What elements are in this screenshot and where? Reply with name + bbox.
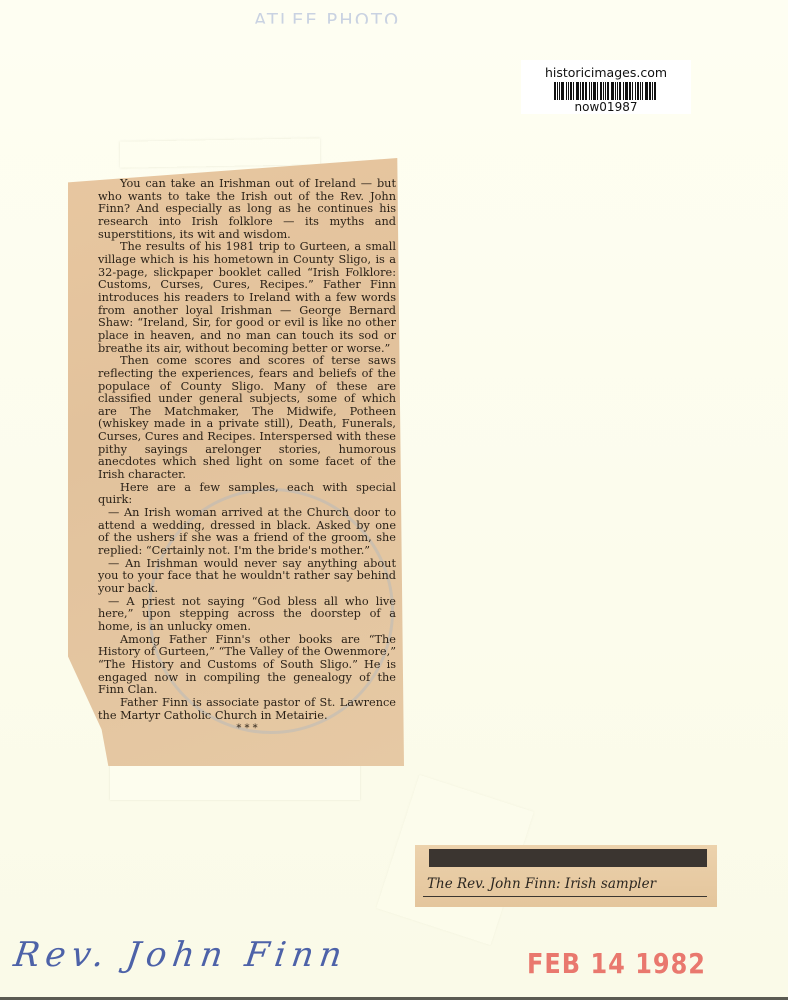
caption-rule [423, 896, 707, 897]
clipping-paragraph: Among Father Finn's other books are “The… [98, 634, 396, 697]
caption-bar [429, 849, 707, 867]
clipping-paragraph: Father Finn is associate pastor of St. L… [98, 697, 396, 722]
newspaper-clipping: You can take an Irishman out of Ireland … [68, 158, 404, 766]
date-stamp: FEB 14 1982 [527, 948, 706, 980]
tape-strip [110, 760, 360, 800]
inventory-label: historicimages.com now01987 [521, 60, 691, 114]
barcode-icon [546, 82, 666, 100]
clipping-paragraph: The results of his 1981 trip to Gurteen,… [98, 241, 396, 355]
clipping-paragraph: Then come scores and scores of terse saw… [98, 355, 396, 482]
caption-title: The Rev. John Finn: Irish sampler [427, 876, 656, 892]
photo-back-page: ATLEE PHOTO historicimages.com now01987 … [0, 0, 788, 1000]
handwritten-name: Rev. John Finn [11, 935, 350, 975]
label-site: historicimages.com [521, 65, 691, 80]
clipping-paragraph: — An Irishman would never say anything a… [98, 558, 396, 596]
clipping-text: You can take an Irishman out of Ireland … [98, 178, 396, 736]
label-code: now01987 [521, 100, 691, 114]
caption-clipping: The Rev. John Finn: Irish sampler [415, 845, 717, 907]
clipping-paragraph: — A priest not saying “God bless all who… [98, 596, 396, 634]
end-mark: * * * [98, 723, 396, 736]
clipping-paragraph: — An Irish woman arrived at the Church d… [98, 507, 396, 558]
clipping-paragraph: You can take an Irishman out of Ireland … [98, 178, 396, 241]
tape-strip [120, 138, 320, 167]
faded-photo-stamp: ATLEE PHOTO [254, 10, 400, 31]
clipping-paragraph: Here are a few samples, each with specia… [98, 482, 396, 507]
